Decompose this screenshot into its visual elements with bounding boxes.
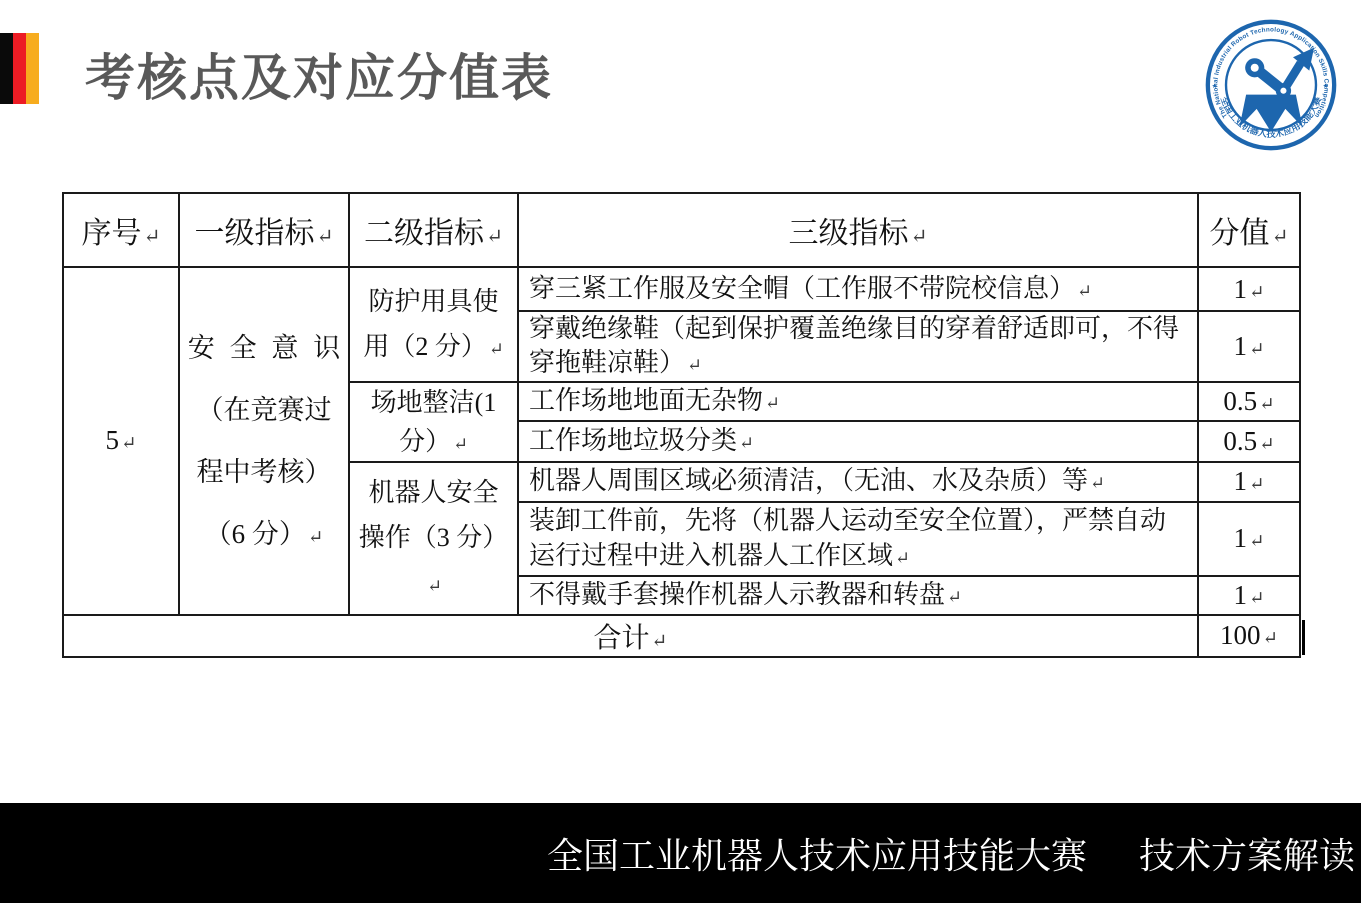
cell-level3: 穿戴绝缘鞋（起到保护覆盖绝缘目的穿着舒适即可，不得穿拖鞋凉鞋）↵ — [518, 311, 1198, 382]
cell-level3: 装卸工件前，先将（机器人运动至安全位置），严禁自动运行过程中进入机器人工作区域↵ — [518, 502, 1198, 576]
header-level3: 三级指标↵ — [518, 193, 1198, 267]
cell-level3: 机器人周围区域必须清洁，（无油、水及杂质）等↵ — [518, 462, 1198, 502]
flag-stripe-black — [0, 33, 13, 104]
return-mark: ↵ — [316, 226, 333, 248]
cell-serial: 5↵ — [63, 267, 179, 615]
return-mark: ↵ — [143, 226, 160, 248]
return-mark: ↵ — [1090, 473, 1105, 493]
total-row: 合计↵ 100↵ — [63, 615, 1300, 657]
return-mark: ↵ — [1263, 628, 1278, 648]
cell-total-value: 100↵ — [1198, 615, 1300, 657]
return-mark: ↵ — [947, 587, 962, 607]
logo-star-left: ★ — [1212, 82, 1218, 90]
header-serial: 序号↵ — [63, 193, 179, 267]
slide: { "slide": { "title": "考核点及对应分值表" }, "co… — [0, 0, 1361, 907]
cell-total-label: 合计↵ — [63, 615, 1198, 657]
cell-score: 1↵ — [1198, 462, 1300, 502]
cell-score: 0.5↵ — [1198, 421, 1300, 462]
competition-logo-icon: The National Industrial Robot Technology… — [1204, 18, 1338, 152]
footer-section-name: 技术方案解读 — [1139, 828, 1355, 879]
return-mark: ↵ — [895, 548, 910, 568]
flag-stripe-yellow — [26, 33, 39, 104]
return-mark: ↵ — [1249, 588, 1264, 608]
return-mark: ↵ — [486, 226, 503, 248]
page-title: 考核点及对应分值表 — [85, 38, 553, 110]
table-row: 5↵ 安全意识 （在竞赛过 程中考核） （6 分）↵ 防护用具使 用（2 分）↵… — [63, 267, 1300, 311]
return-mark: ↵ — [1249, 282, 1264, 302]
assessment-table: 序号↵ 一级指标↵ 二级指标↵ 三级指标↵ 分值↵ 5↵ 安全意识 （在竞赛过 … — [62, 192, 1301, 658]
return-mark: ↵ — [910, 226, 927, 248]
cell-score: 1↵ — [1198, 502, 1300, 576]
return-mark: ↵ — [427, 576, 442, 596]
footer-competition-name: 全国工业机器人技术应用技能大赛 — [547, 828, 1087, 879]
cell-level3: 穿三紧工作服及安全帽（工作服不带院校信息）↵ — [518, 267, 1198, 311]
cell-level3: 工作场地垃圾分类↵ — [518, 421, 1198, 462]
return-mark: ↵ — [121, 433, 136, 453]
return-mark: ↵ — [1077, 281, 1092, 301]
return-mark: ↵ — [1259, 434, 1274, 454]
header-score: 分值↵ — [1198, 193, 1300, 267]
return-mark: ↵ — [687, 355, 702, 375]
cell-level1: 安全意识 （在竞赛过 程中考核） （6 分）↵ — [179, 267, 349, 615]
return-mark: ↵ — [1249, 474, 1264, 494]
return-mark: ↵ — [1259, 394, 1274, 414]
logo-star-right: ★ — [1323, 82, 1329, 90]
flag-stripes — [0, 33, 39, 104]
header-level1: 一级指标↵ — [179, 193, 349, 267]
return-mark: ↵ — [1249, 531, 1264, 551]
return-mark: ↵ — [765, 393, 780, 413]
cell-score: 1↵ — [1198, 311, 1300, 382]
cell-score: 0.5↵ — [1198, 382, 1300, 421]
footer-bar: 全国工业机器人技术应用技能大赛 技术方案解读 — [0, 803, 1361, 903]
cell-level3: 工作场地地面无杂物↵ — [518, 382, 1198, 421]
cell-level2-robot-safe-operation: 机器人安全 操作（3 分）↵ — [349, 462, 518, 615]
header-row: 序号↵ 一级指标↵ 二级指标↵ 三级指标↵ 分值↵ — [63, 193, 1300, 267]
return-mark: ↵ — [1249, 339, 1264, 359]
return-mark: ↵ — [489, 339, 504, 359]
return-mark: ↵ — [308, 527, 323, 547]
cell-score: 1↵ — [1198, 576, 1300, 615]
return-mark: ↵ — [739, 433, 754, 453]
header-level2: 二级指标↵ — [349, 193, 518, 267]
return-mark: ↵ — [453, 434, 468, 454]
flag-stripe-red — [13, 33, 26, 104]
return-mark: ↵ — [652, 631, 668, 652]
text-cursor — [1302, 620, 1305, 655]
cell-score: 1↵ — [1198, 267, 1300, 311]
cell-level3: 不得戴手套操作机器人示教器和转盘↵ — [518, 576, 1198, 615]
cell-level2-protective-gear: 防护用具使 用（2 分）↵ — [349, 267, 518, 382]
return-mark: ↵ — [1271, 226, 1288, 248]
cell-level2-site-tidiness: 场地整洁(1 分）↵ — [349, 382, 518, 462]
